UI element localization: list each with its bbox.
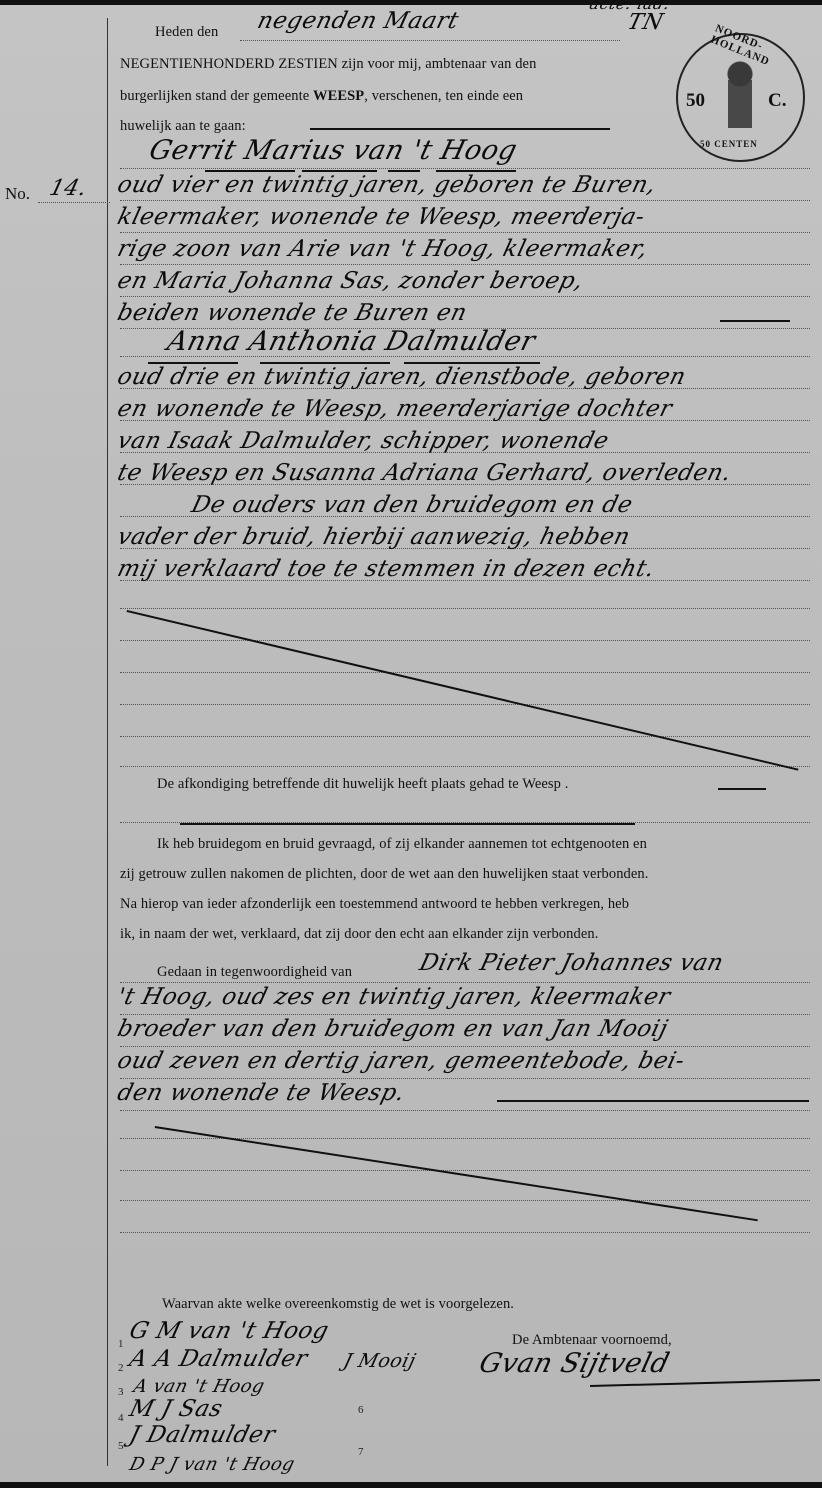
fill-line xyxy=(497,1100,809,1102)
intro-line4: huwelijk aan te gaan: xyxy=(120,118,246,135)
witness-line-3: oud zeven en dertig jaren, gemeentebode,… xyxy=(115,1048,688,1074)
strike-through-line xyxy=(155,1126,758,1221)
intro-line2: NEGENTIENHONDERD ZESTIEN zijn voor mij, … xyxy=(120,56,536,73)
bride-line-1: oud drie en twintig jaren, dienstbode, g… xyxy=(115,364,689,390)
groom-line-5: beiden wonende te Buren en xyxy=(115,300,470,326)
dotted-line xyxy=(120,1200,810,1201)
dotted-line xyxy=(120,1046,810,1047)
proclamation-text: De afkondiging betreffende dit huwelijk … xyxy=(157,776,568,793)
consent-line-3: mij verklaard toe te stemmen in dezen ec… xyxy=(115,556,658,582)
dotted-line xyxy=(120,264,810,265)
signature-father-bride: J Dalmulder xyxy=(127,1422,278,1448)
dotted-line xyxy=(240,40,620,41)
official-signature: Gvan Sijtveld xyxy=(476,1348,673,1379)
intro-line1-prefix: Heden den xyxy=(155,24,218,41)
municipality-name: WEESP xyxy=(313,88,364,104)
intro-line3-b: , verschenen, ten einde een xyxy=(364,88,523,104)
groom-line-4: en Maria Johanna Sas, zonder beroep, xyxy=(115,268,586,294)
document-page: acte: lad. TN NOORD-HOLLAND 50 C. 50 CEN… xyxy=(0,0,822,1488)
official-label: De Ambtenaar voornoemd, xyxy=(512,1332,672,1349)
margin-note-initials: TN xyxy=(625,10,666,35)
scan-top-edge xyxy=(0,0,822,5)
declaration-line-2: zij getrouw zullen nakomen de plichten, … xyxy=(120,866,649,883)
dotted-line xyxy=(120,1078,810,1079)
intro-line3-a: burgerlijken stand der gemeente xyxy=(120,88,313,104)
signature-number: 2 xyxy=(118,1362,124,1374)
dotted-line xyxy=(120,168,810,169)
declaration-line-4: ik, in naam der wet, verklaard, dat zij … xyxy=(120,926,598,943)
witness-line-4: den wonende te Weesp. xyxy=(115,1080,408,1106)
stamp-value-left: 50 xyxy=(686,90,705,112)
signature-mother-groom: M J Sas xyxy=(127,1396,226,1422)
witness-signature-mooij: J Mooij xyxy=(341,1350,418,1372)
groom-name: Gerrit Marius van 't Hoog xyxy=(146,135,520,166)
dotted-line xyxy=(120,672,810,673)
consent-line-2: vader der bruid, hierbij aanwezig, hebbe… xyxy=(115,524,633,550)
signature-number: 5 xyxy=(118,1440,124,1452)
signature-witness-1: D P J van 't Hoog xyxy=(127,1454,297,1475)
margin-rule xyxy=(107,18,108,1466)
dotted-line xyxy=(120,608,810,609)
read-aloud-statement: Waarvan akte welke overeenkomstig de wet… xyxy=(162,1296,514,1313)
signature-number: 1 xyxy=(118,1338,124,1350)
groom-line-2: kleermaker, wonende te Weesp, meerderja- xyxy=(115,204,648,230)
signature-number: 7 xyxy=(358,1446,364,1458)
dotted-line xyxy=(120,704,810,705)
signature-father-groom: A van 't Hoog xyxy=(131,1376,266,1397)
fill-line xyxy=(718,788,766,790)
signature-groom: G M van 't Hoog xyxy=(127,1318,332,1344)
bride-line-4: te Weesp en Susanna Adriana Gerhard, ove… xyxy=(115,460,734,486)
bride-line-3: van Isaak Dalmulder, schipper, wonende xyxy=(115,428,612,454)
fill-line xyxy=(180,823,635,825)
dotted-line xyxy=(120,1110,810,1111)
dotted-line xyxy=(38,202,110,203)
witness-first-name: Dirk Pieter Johannes van xyxy=(417,950,727,976)
signature-number: 4 xyxy=(118,1412,124,1424)
fill-line xyxy=(720,320,790,322)
groom-line-3: rige zoon van Arie van 't Hoog, kleermak… xyxy=(115,236,651,262)
stamp-ring-bottom: 50 CENTEN xyxy=(700,139,758,149)
bride-line-2: en wonende te Weesp, meerderjarige docht… xyxy=(115,396,675,422)
signature-flourish xyxy=(590,1379,820,1387)
dotted-line xyxy=(120,1170,810,1171)
intro-line3: burgerlijken stand der gemeente WEESP, v… xyxy=(120,88,523,105)
crown-crest-icon xyxy=(718,50,762,130)
record-number-label: No. xyxy=(5,184,30,204)
declaration-line-1: Ik heb bruidegom en bruid gevraagd, of z… xyxy=(157,836,647,853)
consent-line-1: De ouders van den bruidegom en de xyxy=(189,492,636,518)
date-handwritten: negenden Maart xyxy=(255,8,462,34)
strike-through-line xyxy=(127,610,799,771)
fill-line xyxy=(310,128,610,130)
record-number: 14. xyxy=(47,176,90,201)
signature-number: 6 xyxy=(358,1404,364,1416)
revenue-stamp: NOORD-HOLLAND 50 C. 50 CENTEN xyxy=(676,33,805,162)
dotted-line xyxy=(120,296,810,297)
signature-number: 3 xyxy=(118,1386,124,1398)
dotted-line xyxy=(120,640,810,641)
witnesses-prefix: Gedaan in tegenwoordigheid van xyxy=(157,964,352,981)
witness-line-1: 't Hoog, oud zes en twintig jaren, kleer… xyxy=(115,984,673,1010)
bride-name: Anna Anthonia Dalmulder xyxy=(164,326,538,357)
witness-line-2: broeder van den bruidegom en van Jan Moo… xyxy=(115,1016,671,1042)
dotted-line xyxy=(120,736,810,737)
dotted-line xyxy=(120,1014,810,1015)
dotted-line xyxy=(120,232,810,233)
dotted-line xyxy=(120,982,810,983)
stamp-value-right: C. xyxy=(768,90,786,112)
declaration-line-3: Na hierop van ieder afzonderlijk een toe… xyxy=(120,896,629,913)
scan-bottom-edge xyxy=(0,1482,822,1488)
dotted-line xyxy=(120,1232,810,1233)
groom-line-1: oud vier en twintig jaren, geboren te Bu… xyxy=(115,172,659,198)
dotted-line xyxy=(120,200,810,201)
dotted-line xyxy=(120,766,810,767)
signature-bride: A A Dalmulder xyxy=(127,1346,311,1372)
